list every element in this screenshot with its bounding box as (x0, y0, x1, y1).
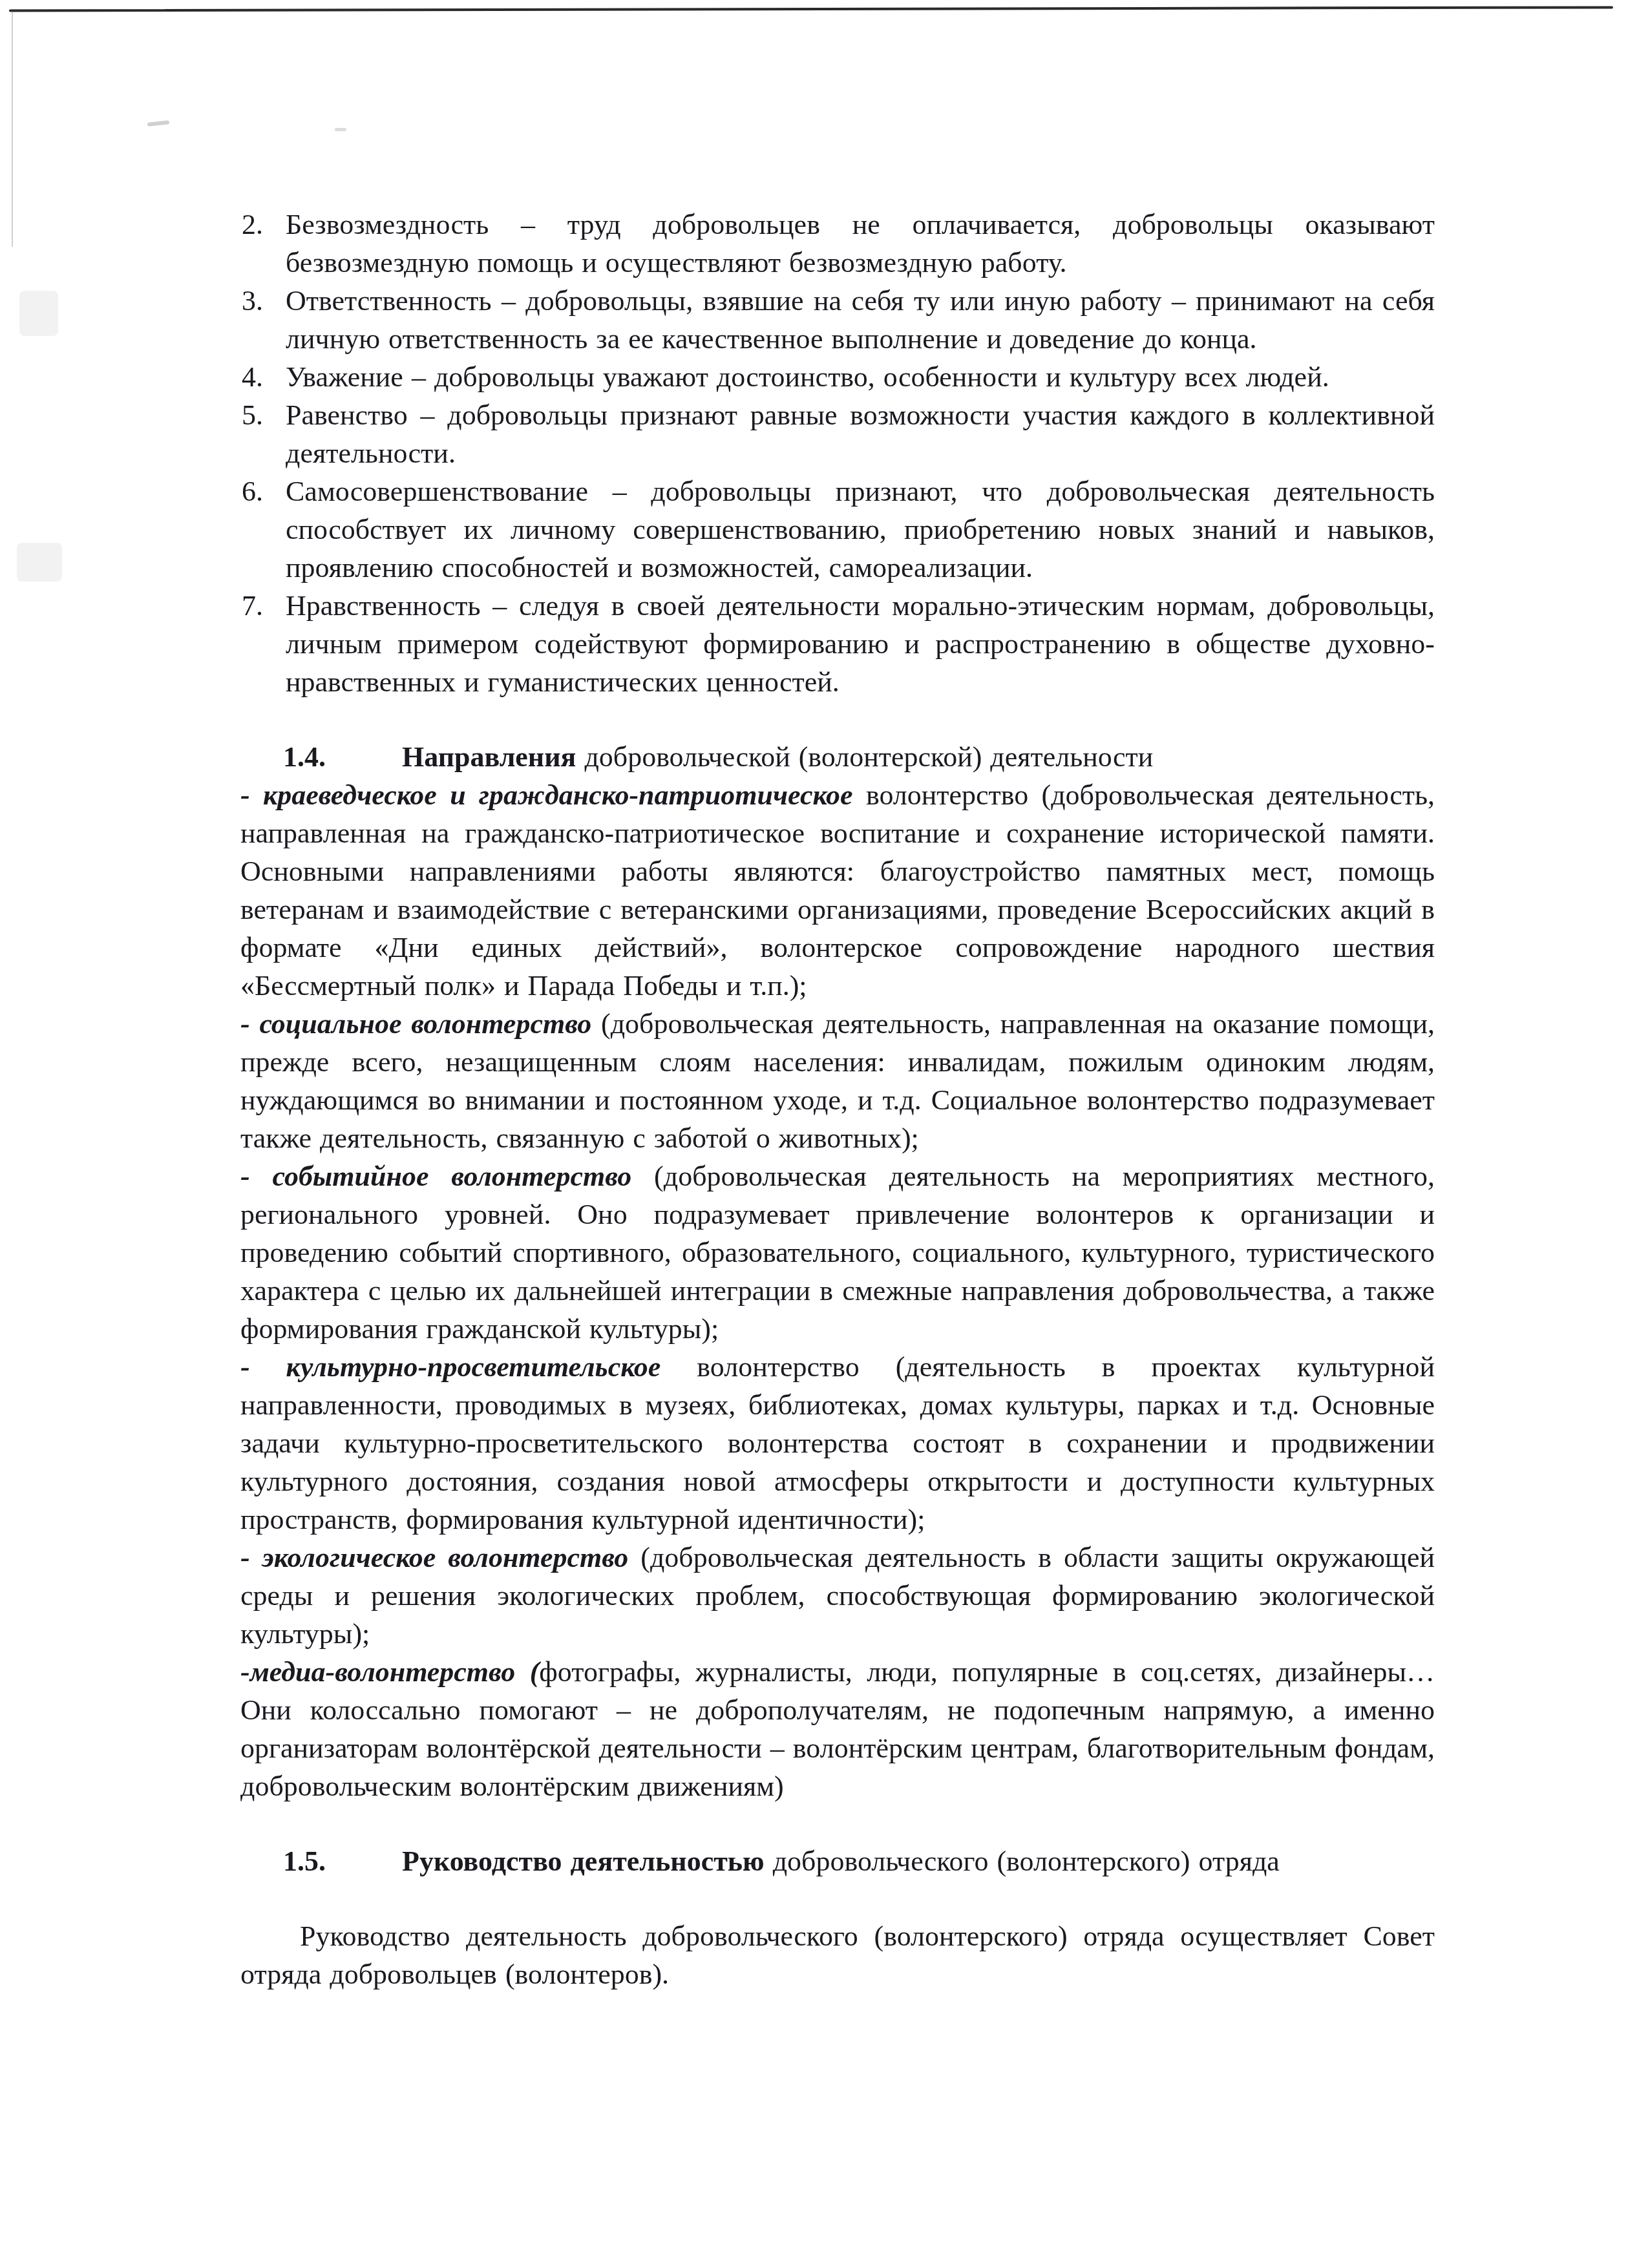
scan-smudge (19, 291, 58, 336)
scan-smudge (17, 543, 62, 582)
item-number: 5. (242, 396, 263, 434)
list-item: 4. Уважение – добровольцы уважают достои… (240, 358, 1435, 396)
direction-text: волонтерство (добровольческая деятельнос… (240, 779, 1435, 1002)
item-text: Нравственность – следуя в своей деятельн… (286, 590, 1435, 698)
list-item: 5. Равенство – добровольцы признают равн… (240, 396, 1435, 472)
section-title-rest: добровольческого (волонтерского) отряда (765, 1845, 1280, 1877)
item-text: Самосовершенствование – добровольцы приз… (286, 476, 1435, 583)
section-number: 1.5. (283, 1842, 402, 1880)
document-body: 2. Безвозмездность – труд добровольцев н… (240, 205, 1435, 1993)
list-item: 3. Ответственность – добровольцы, взявши… (240, 282, 1435, 358)
scan-edge-line (9, 6, 1613, 12)
item-number: 6. (242, 472, 263, 510)
direction-paragraph: -медиа-волонтерство (фотографы, журналис… (240, 1653, 1435, 1805)
item-text: Уважение – добровольцы уважают достоинст… (286, 361, 1329, 393)
list-item: 7. Нравственность – следуя в своей деяте… (240, 587, 1435, 701)
direction-lead: - событийное волонтерство (240, 1160, 631, 1192)
item-text: Безвозмездность – труд добровольцев не о… (286, 209, 1435, 278)
direction-lead: - краеведческое и гражданско-патриотичес… (240, 779, 853, 811)
section-heading-directions: 1.4.Направления добровольческой (волонте… (283, 738, 1435, 776)
item-number: 3. (242, 282, 263, 320)
scan-speck (335, 128, 346, 131)
direction-paragraph: - социальное волонтерство (добровольческ… (240, 1005, 1435, 1157)
item-text: Равенство – добровольцы признают равные … (286, 399, 1435, 469)
direction-paragraph: - культурно-просветительское волонтерств… (240, 1348, 1435, 1538)
direction-paragraph: - краеведческое и гражданско-патриотичес… (240, 776, 1435, 1005)
item-number: 7. (242, 587, 263, 625)
section-title-bold: Руководство деятельностью (402, 1845, 765, 1877)
direction-paragraph: - экологическое волонтерство (добровольч… (240, 1538, 1435, 1653)
principles-list: 2. Безвозмездность – труд добровольцев н… (240, 205, 1435, 701)
item-text: Ответственность – добровольцы, взявшие н… (286, 285, 1435, 355)
list-item: 2. Безвозмездность – труд добровольцев н… (240, 205, 1435, 282)
section-title-rest: добровольческой (волонтерской) деятельно… (576, 741, 1153, 773)
direction-paragraph: - событийное волонтерство (добровольческ… (240, 1157, 1435, 1348)
section-number: 1.4. (283, 738, 402, 776)
directions-paragraphs: - краеведческое и гражданско-патриотичес… (240, 776, 1435, 1805)
direction-lead: - экологическое волонтерство (240, 1542, 628, 1573)
list-item: 6. Самосовершенствование – добровольцы п… (240, 472, 1435, 587)
scan-speck (147, 120, 169, 127)
leadership-paragraph: Руководство деятельность добровольческог… (240, 1917, 1435, 1993)
section-heading-leadership: 1.5.Руководство деятельностью добровольч… (283, 1842, 1435, 1880)
scanned-document-page: 2. Безвозмездность – труд добровольцев н… (0, 0, 1648, 2268)
direction-lead: -медиа-волонтерство ( (240, 1656, 539, 1688)
direction-lead: - социальное волонтерство (240, 1008, 591, 1040)
scan-edge-artifact (12, 9, 13, 247)
item-number: 4. (242, 358, 263, 396)
direction-lead: - культурно-просветительское (240, 1351, 660, 1383)
section-title-bold: Направления (402, 741, 576, 773)
item-number: 2. (242, 205, 263, 244)
